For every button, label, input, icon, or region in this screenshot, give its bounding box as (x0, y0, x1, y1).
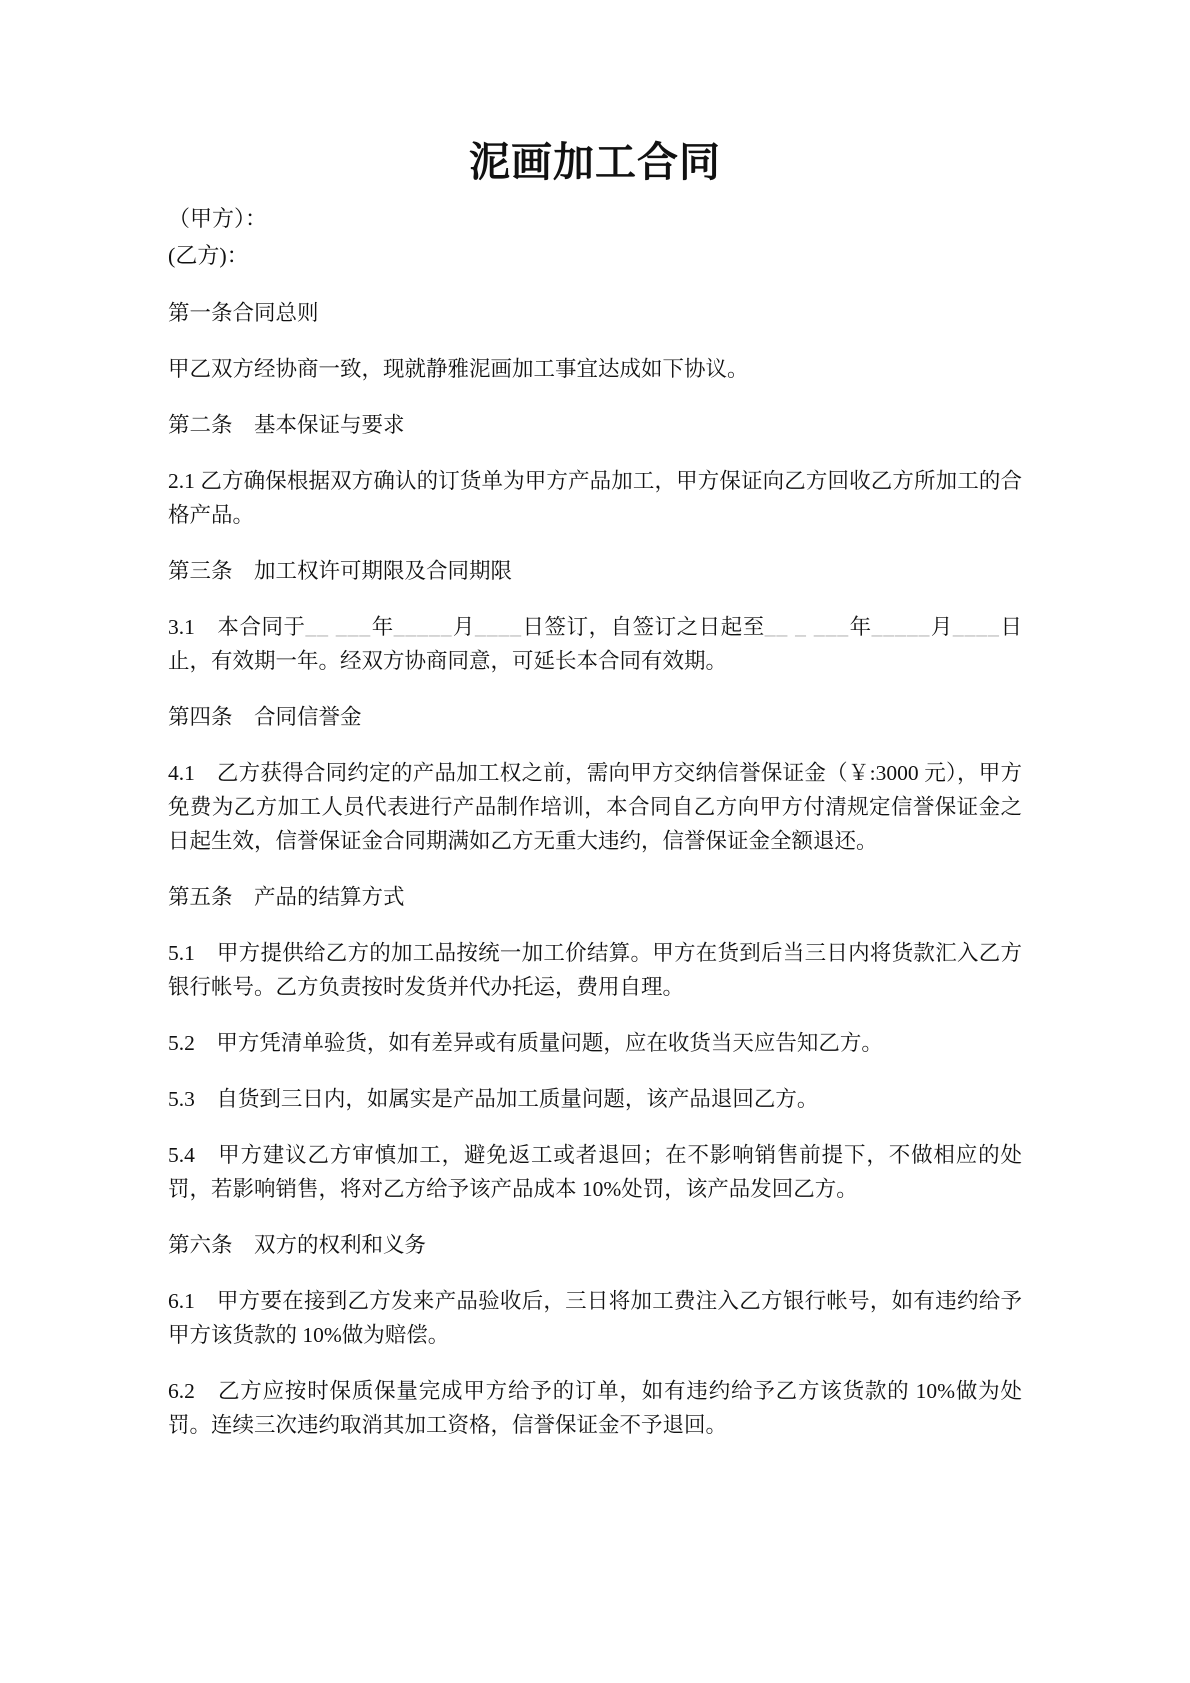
fill-in-blank: ____ (475, 615, 522, 639)
clause-2-heading: 第二条 基本保证与要求 (168, 408, 1022, 442)
clause-1-heading: 第一条合同总则 (168, 296, 1022, 330)
document-title: 泥画加工合同 (168, 138, 1022, 187)
clause-5-4-paragraph: 5.4 甲方建议乙方审慎加工，避免返工或者退回；在不影响销售前提下，不做相应的处… (168, 1138, 1022, 1206)
clause-6-2-paragraph: 6.2 乙方应按时保质保量完成甲方给予的订单，如有违约给予乙方该货款的 10%做… (168, 1374, 1022, 1442)
clause-6-1-paragraph: 6.1 甲方要在接到乙方发来产品验收后，三日将加工费注入乙方银行帐号，如有违约给… (168, 1284, 1022, 1352)
clause-5-heading: 第五条 产品的结算方式 (168, 880, 1022, 914)
clause-text-segment: 3.1 本合同于 (168, 615, 306, 639)
clause-4-heading: 第四条 合同信誉金 (168, 700, 1022, 734)
party-a-line: （甲方）： (168, 200, 1022, 237)
parties-block: （甲方）： (乙方)： (168, 200, 1022, 274)
clause-5-1-paragraph: 5.1 甲方提供给乙方的加工品按统一加工价结算。甲方在货到后当三日内将货款汇入乙… (168, 936, 1022, 1004)
clause-text-segment: 月 (930, 615, 953, 639)
party-b-line: (乙方)： (168, 237, 1022, 274)
clause-1-paragraph: 甲乙双方经协商一致，现就静雅泥画加工事宜达成如下协议。 (168, 352, 1022, 386)
clause-2-1-paragraph: 2.1 乙方确保根据双方确认的订货单为甲方产品加工，甲方保证向乙方回收乙方所加工… (168, 464, 1022, 532)
clause-6-heading: 第六条 双方的权利和义务 (168, 1228, 1022, 1262)
fill-in-blank: __ _ ___ (765, 615, 849, 639)
fill-in-blank: _____ (394, 615, 453, 639)
clause-text-segment: 日签订，自签订之日起至 (522, 615, 765, 639)
clause-text-segment: 年 (849, 615, 872, 639)
clause-text-segment: 月 (452, 615, 475, 639)
clause-3-1-paragraph: 3.1 本合同于__ ___年_____月____日签订，自签订之日起至__ _… (168, 610, 1022, 678)
fill-in-blank: ____ (953, 615, 1000, 639)
contract-page: 泥画加工合同 （甲方）： (乙方)： 第一条合同总则 甲乙双方经协商一致，现就静… (0, 0, 1190, 1683)
clause-4-1-paragraph: 4.1 乙方获得合同约定的产品加工权之前，需向甲方交纳信誉保证金（￥:3000 … (168, 756, 1022, 858)
clause-3-heading: 第三条 加工权许可期限及合同期限 (168, 554, 1022, 588)
fill-in-blank: __ ___ (306, 615, 372, 639)
clause-text-segment: 年 (371, 615, 394, 639)
clause-5-3-paragraph: 5.3 自货到三日内，如属实是产品加工质量问题，该产品退回乙方。 (168, 1082, 1022, 1116)
contract-content: 泥画加工合同 （甲方）： (乙方)： 第一条合同总则 甲乙双方经协商一致，现就静… (0, 138, 1190, 1442)
fill-in-blank: _____ (872, 615, 931, 639)
clause-5-2-paragraph: 5.2 甲方凭清单验货，如有差异或有质量问题，应在收货当天应告知乙方。 (168, 1026, 1022, 1060)
